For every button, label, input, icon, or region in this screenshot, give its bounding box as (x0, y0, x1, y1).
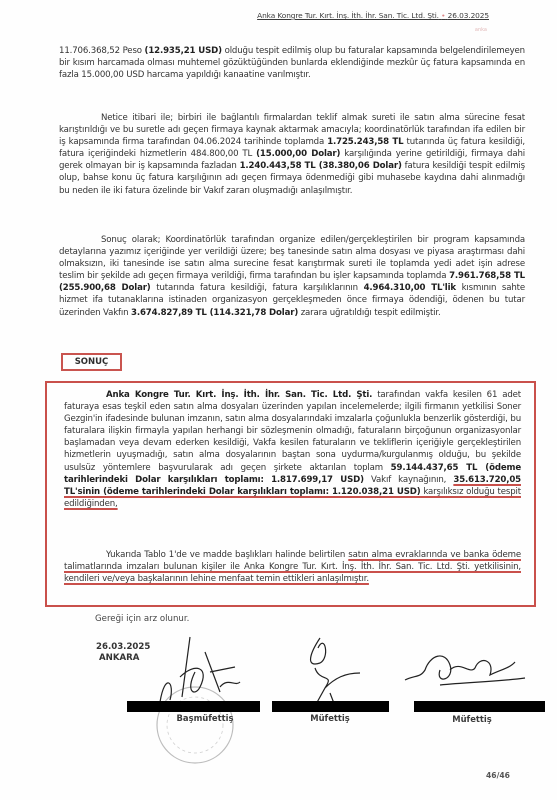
text: 11.706.368,52 Peso (59, 46, 145, 56)
watermark: anka (475, 27, 487, 33)
redacted-name-2 (272, 701, 389, 712)
signature-title-2: Müfettiş (295, 713, 365, 723)
amount-total: 1.725.243,58 TL (327, 137, 403, 147)
header-company: Anka Kongre Tur. Kırt. İnş. İth. İhr. Sa… (257, 11, 439, 20)
signoff-date: 26.03.2025 (96, 642, 150, 653)
amount-loss: 3.674.827,89 TL (114.321,78 Dolar) (131, 308, 298, 318)
signature-3-icon (400, 640, 530, 700)
signature-title-3: Müfettiş (437, 714, 507, 724)
page-number: 46/46 (486, 771, 510, 780)
conclusion-paragraph-1: Anka Kongre Tur. Kırt. İnş. İth. İhr. Sa… (64, 389, 521, 510)
section-heading-sonuc: SONUÇ (61, 353, 122, 371)
header-separator: • (441, 11, 445, 20)
text: tutarında fatura kesildiği, fatura karşı… (151, 283, 364, 293)
paragraph-sonuc-olarak: Sonuç olarak; Koordinatörlük tarafından … (59, 234, 525, 319)
amount-paid: 4.964.310,00 TL'lik (364, 283, 456, 293)
closing-line: Gereği için arz olunur. (95, 614, 189, 624)
text: Yukarıda Tablo 1'de ve madde başlıkları … (106, 550, 348, 560)
amount-dollar: (15.000,00 Dolar) (256, 149, 340, 159)
signature-1-icon (150, 632, 250, 712)
text: tarafından vakfa kesilen 61 adet faturay… (64, 390, 521, 473)
signature-title-1: Başmüfettiş (165, 713, 245, 723)
paragraph-netice: Netice itibari ile; birbiri ile bağlantı… (59, 112, 525, 197)
conclusion-highlight-box: Anka Kongre Tur. Kırt. İnş. İth. İhr. Sa… (45, 381, 536, 607)
amount-excess: 1.240.443,58 TL (38.380,06 Dolar) (240, 161, 402, 171)
conclusion-paragraph-2: Yukarıda Tablo 1'de ve madde başlıkları … (64, 549, 521, 585)
text: Vakıf kaynağının, (364, 475, 453, 485)
signoff: 26.03.2025 ANKARA (96, 642, 150, 664)
amount-usd: (12.935,21 USD) (145, 46, 222, 56)
signature-2-icon (290, 628, 380, 708)
text: zarara uğratıldığı tespit edilmiştir. (298, 308, 440, 318)
company-name: Anka Kongre Tur. Kırt. İnş. İth. İhr. Sa… (106, 390, 372, 400)
signoff-city: ANKARA (96, 653, 150, 664)
redacted-name-1 (127, 701, 260, 712)
paragraph-peso: 11.706.368,52 Peso (12.935,21 USD) olduğ… (59, 45, 525, 81)
document-page: Anka Kongre Tur. Kırt. İnş. İth. İhr. Sa… (0, 0, 557, 800)
header-date: 26.03.2025 (448, 11, 489, 20)
redacted-name-3 (414, 701, 545, 712)
page-header: Anka Kongre Tur. Kırt. İnş. İth. İhr. Sa… (257, 11, 489, 20)
